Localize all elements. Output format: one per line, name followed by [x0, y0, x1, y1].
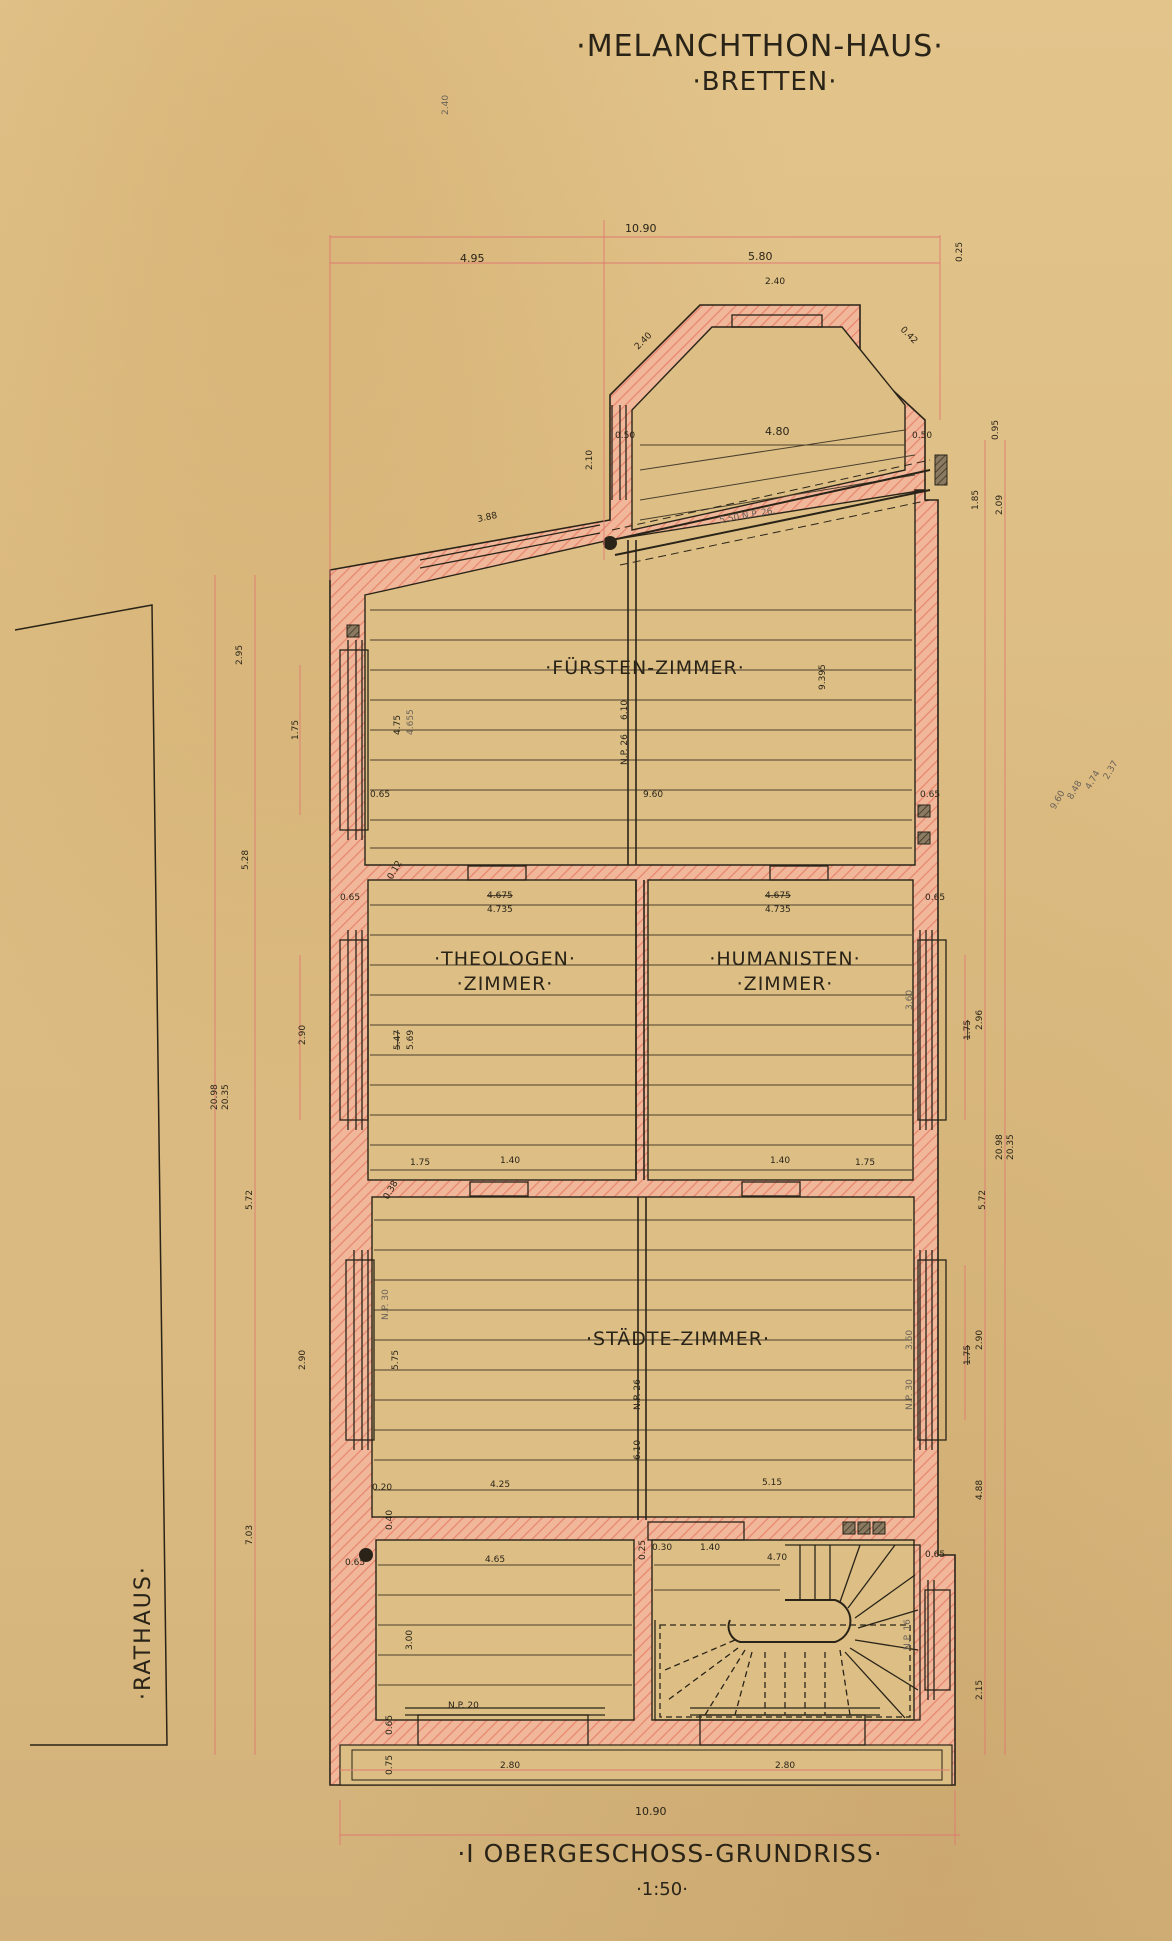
dim-right-2098: 20.98	[995, 1134, 1005, 1160]
dim-staedte-np30-right: N.P. 30	[905, 1379, 915, 1410]
dim-bottom-280-right: 2.80	[775, 1761, 795, 1771]
dim-left-290-a: 2.90	[298, 1025, 308, 1045]
dim-win-175-right: 1.75	[855, 1158, 875, 1168]
pencil-calc-b: 8.48	[1066, 779, 1085, 802]
dim-theo-depth-old: 5.47	[393, 1030, 403, 1050]
dim-bay-corner: 0.25	[955, 242, 965, 262]
floor-plan-drawing: ·MELANCHTHON-HAUS· ·BRETTEN· ·I OBERGESC…	[0, 0, 1172, 1941]
dim-furst-065-right: 0.65	[920, 790, 940, 800]
dim-lower-465: 4.65	[485, 1555, 505, 1565]
pencil-top-note: 2.40	[441, 95, 451, 115]
dim-hum-width-old: 4.675	[765, 891, 791, 901]
dim-hum-width-new: 4.735	[765, 905, 791, 915]
dim-stair-470: 4.70	[767, 1553, 787, 1563]
dim-left-290-b: 2.90	[298, 1350, 308, 1370]
room-label-staedte: ·STÄDTE-ZIMMER·	[586, 1327, 770, 1350]
dim-left-2098: 20.98	[210, 1084, 220, 1110]
dim-left-175: 1.75	[291, 720, 301, 740]
dim-theo-065: 0.65	[340, 893, 360, 903]
dim-theo-depth: 5.69	[406, 1030, 416, 1050]
dim-hum-065: 0.65	[925, 893, 945, 903]
dim-right-572: 5.72	[978, 1190, 988, 1210]
drawing-title: ·MELANCHTHON-HAUS·	[576, 29, 944, 64]
dim-win-140-left: 1.40	[500, 1156, 520, 1166]
dim-right-175-b: 1.75	[963, 1345, 973, 1365]
room-label-humanisten-line2: ·ZIMMER·	[737, 973, 834, 995]
dim-stair-np16: N.P. 16	[903, 1619, 913, 1650]
dim-beam-610: 6.10	[620, 700, 630, 720]
dim-right-185: 1.85	[971, 490, 981, 510]
dim-left-703: 7.03	[245, 1525, 255, 1545]
dim-furst-depth-b: 4.655	[406, 709, 416, 735]
dim-left-295: 2.95	[235, 645, 245, 665]
dim-stair-065: 0.65	[925, 1550, 945, 1560]
dim-corridor-040: 0.40	[385, 1510, 395, 1530]
dim-bottom-280-left: 2.80	[500, 1761, 520, 1771]
dim-left-572: 5.72	[245, 1190, 255, 1210]
blueprint-sheet: ·MELANCHTHON-HAUS· ·BRETTEN· ·I OBERGESC…	[0, 0, 1172, 1941]
dim-beam-610-b: 6.10	[633, 1440, 643, 1460]
dim-bay-wall-left: 0.50	[615, 431, 635, 441]
dim-bottom-np20: N.P. 20	[448, 1701, 479, 1711]
room-label-fuersten: ·FÜRSTEN-ZIMMER·	[545, 656, 744, 679]
dim-top-left: 4.95	[460, 252, 485, 265]
dim-bay-depth: 2.10	[585, 450, 595, 470]
dim-bottom-075: 0.75	[385, 1755, 395, 1775]
dim-staedte-020: 0.20	[372, 1483, 392, 1493]
dim-bottom-total: 10.90	[635, 1805, 667, 1818]
dim-bottom-065: 0.65	[385, 1715, 395, 1735]
dim-right-209: 2.09	[995, 495, 1005, 515]
dim-furst-height: 9.395	[818, 664, 828, 690]
dim-staedte-right-width: 5.15	[762, 1478, 782, 1488]
drawing-subtitle: ·I OBERGESCHOSS-GRUNDRISS·	[457, 1839, 882, 1868]
room-label-theologen-line2: ·ZIMMER·	[457, 973, 554, 995]
dim-win-140-right: 1.40	[770, 1156, 790, 1166]
dim-bay-side-right: 0.42	[898, 325, 919, 346]
dim-bay-side-left: 2.40	[633, 331, 654, 352]
dim-staedte-np30: N.P. 30	[381, 1289, 391, 1320]
dim-slope-wall: 3.88	[477, 511, 499, 525]
dim-left-528: 5.28	[241, 850, 251, 870]
walls	[330, 305, 955, 1785]
drawing-location: ·BRETTEN·	[692, 67, 837, 97]
dim-top-total: 10.90	[625, 222, 657, 235]
room-label-humanisten-line1: ·HUMANISTEN·	[709, 948, 860, 970]
dim-right-2035: 20.35	[1006, 1134, 1016, 1160]
dim-beam-np26-a: N.P. 26	[620, 734, 630, 765]
dim-lower-025: 0.25	[638, 1540, 648, 1560]
pencil-calc-d: 2.37	[1102, 759, 1121, 781]
dim-right-296: 2.96	[975, 1010, 985, 1030]
dim-right-488: 4.88	[975, 1480, 985, 1500]
dim-right-290: 2.90	[975, 1330, 985, 1350]
dim-right-215: 2.15	[975, 1680, 985, 1700]
room-label-theologen-line1: ·THEOLOGEN·	[434, 948, 576, 970]
dim-bay-wall-right: 0.50	[912, 431, 932, 441]
dim-beam-np26-b: N.P. 26	[633, 1379, 643, 1410]
dim-furst-width: 9.60	[643, 790, 663, 800]
pencil-calc-c: 4.74	[1084, 769, 1103, 792]
dim-lower-300: 3.00	[405, 1630, 415, 1650]
dim-right-095: 0.95	[991, 420, 1001, 440]
dim-lower-030: 0.30	[652, 1543, 672, 1553]
dim-left-2035: 20.35	[221, 1084, 231, 1110]
dim-bay-width: 2.40	[765, 277, 785, 287]
dim-lower-065: 0.65	[345, 1558, 365, 1568]
dim-staedte-depth: 5.75	[391, 1350, 401, 1370]
dim-furst-depth-a: 4.75	[393, 715, 403, 735]
drawing-scale: ·1:50·	[636, 1879, 688, 1900]
dim-theo-width-old: 4.675	[487, 891, 513, 901]
dim-win-175-left: 1.75	[410, 1158, 430, 1168]
dim-staedte-left: 4.25	[490, 1480, 510, 1490]
dim-bay-inner: 4.80	[765, 425, 790, 438]
dim-top-right: 5.80	[748, 250, 773, 263]
dim-staedte-right: 3.60	[905, 1330, 915, 1350]
neighbor-label: ·RATHAUS·	[131, 1565, 156, 1700]
dim-hum-depth: 3.60	[905, 990, 915, 1010]
dim-right-175: 1.75	[963, 1020, 973, 1040]
dim-lower-140: 1.40	[700, 1543, 720, 1553]
dim-furst-065-left: 0.65	[370, 790, 390, 800]
dim-theo-width-new: 4.735	[487, 905, 513, 915]
pencil-calc-a: 9.60	[1049, 789, 1068, 812]
